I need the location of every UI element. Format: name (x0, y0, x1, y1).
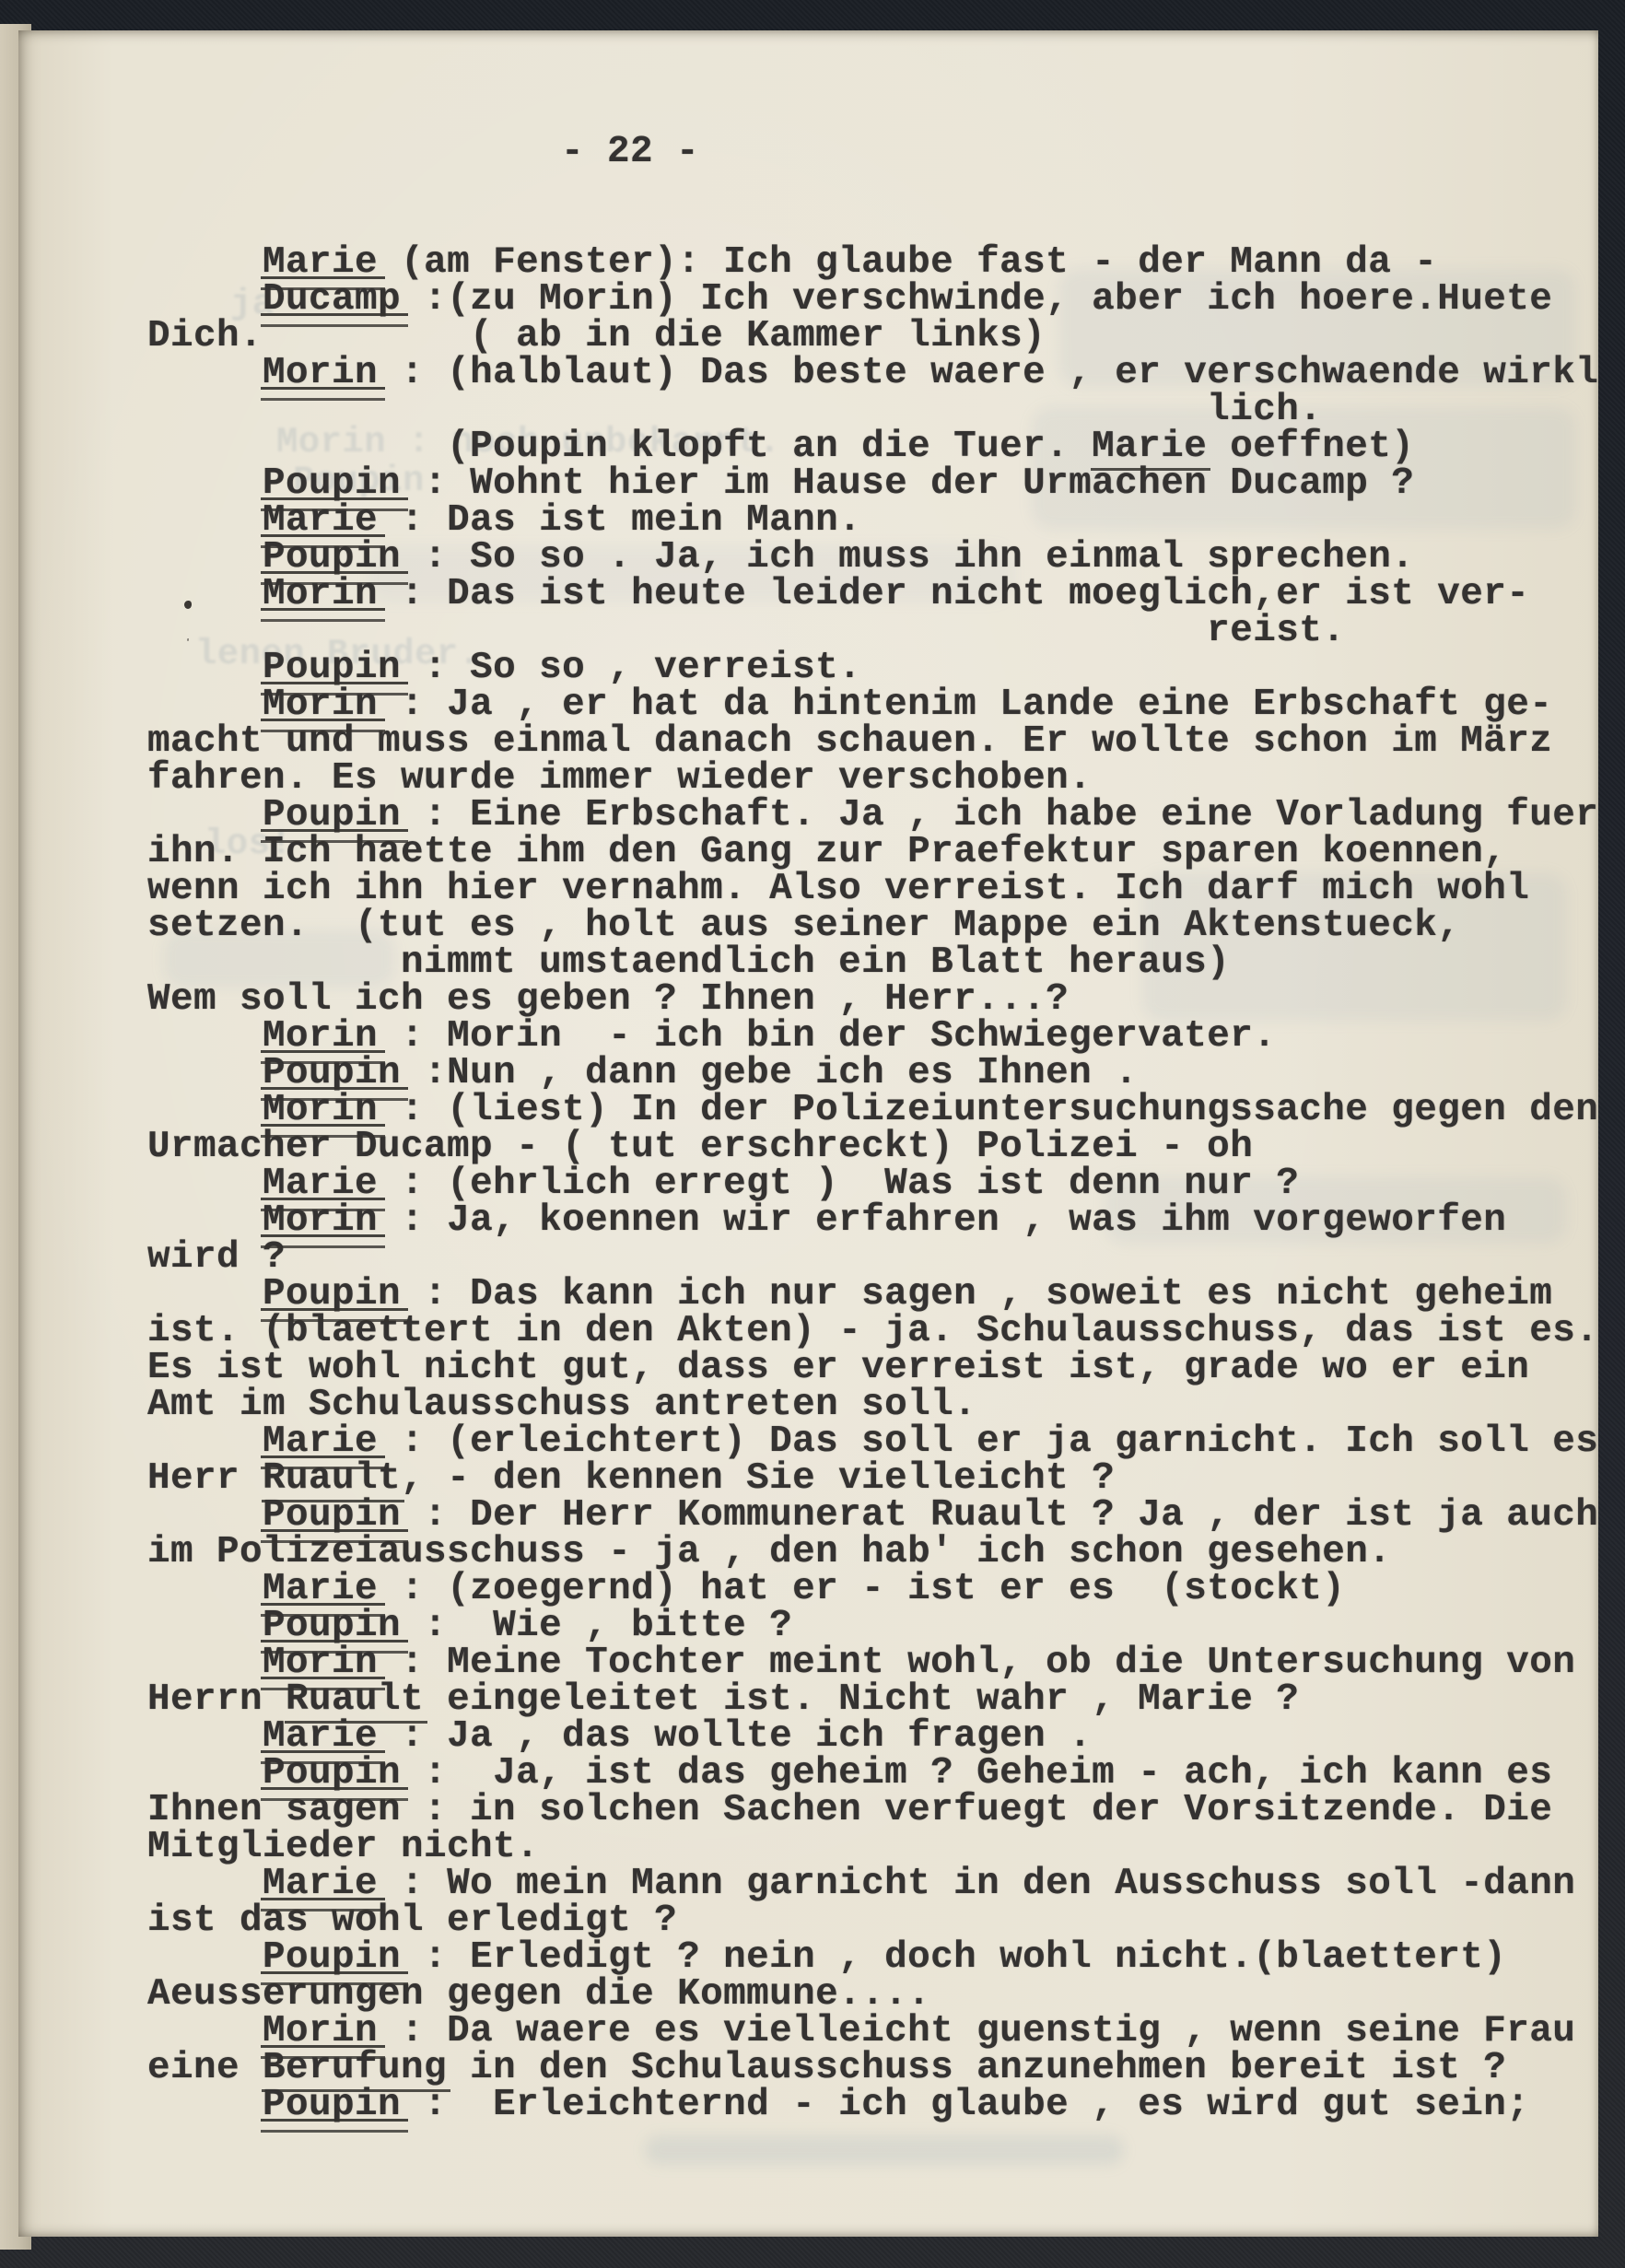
script-line: Morin : (liest) In der Polizeiuntersuchu… (147, 1092, 1598, 1128)
speaker-name: Marie (263, 244, 378, 281)
speaker-name: Marie (263, 1718, 378, 1755)
script-line: Morin : Da waere es vielleicht guenstig … (147, 2013, 1598, 2050)
script-line: Morin : Ja, koennen wir erfahren , was i… (147, 1202, 1598, 1239)
script-line: Amt im Schulausschuss antreten soll. (147, 1386, 1598, 1423)
script-line: Ducamp :(zu Morin) Ich verschwinde, aber… (147, 281, 1598, 318)
speaker-name: Morin (263, 686, 378, 723)
underlined-word: Ruault (263, 1460, 401, 1497)
script-line: Wem soll ich es geben ? Ihnen , Herr...? (147, 981, 1598, 1018)
script-text (147, 2084, 263, 2126)
script-line: Poupin : Wie , bitte ? (147, 1607, 1598, 1644)
script-line: Poupin : So so , verreist. (147, 649, 1598, 686)
script-line: Mitglieder nicht. (147, 1829, 1598, 1865)
speaker-name: Poupin (263, 649, 401, 686)
script-line: Poupin : Das kann ich nur sagen , soweit… (147, 1276, 1598, 1313)
speaker-name: Marie (263, 1423, 378, 1460)
speaker-name: Poupin (263, 797, 401, 834)
speaker-name: Marie (263, 502, 378, 539)
speaker-name: Marie (263, 1165, 378, 1202)
script-line: Es ist wohl nicht gut, dass er verreist … (147, 1350, 1598, 1386)
script-line: Poupin : Erledigt ? nein , doch wohl nic… (147, 1939, 1598, 1976)
script-line: Morin : Das ist heute leider nicht moegl… (147, 576, 1598, 613)
speaker-name: Marie (263, 1865, 378, 1902)
speaker-name: Poupin (263, 465, 401, 502)
script-line: Marie : Wo mein Mann garnicht in den Aus… (147, 1865, 1598, 1902)
script-line: Poupin : Wohnt hier im Hause der Urmache… (147, 465, 1598, 502)
speaker-name: Poupin (263, 2087, 401, 2123)
script-line: Poupin : Eine Erbschaft. Ja , ich habe e… (147, 797, 1598, 834)
script-line: wenn ich ihn hier vernahm. Also verreist… (147, 871, 1598, 907)
script-line: eine Berufung in den Schulausschuss anzu… (147, 2050, 1598, 2087)
script-line: Poupin : Der Herr Kommunerat Ruault ? Ja… (147, 1497, 1598, 1534)
speaker-name: Poupin (263, 1276, 401, 1313)
speaker-name: Morin (263, 1644, 378, 1681)
script-line: Poupin : Erleichternd - ich glaube , es … (147, 2087, 1598, 2123)
speaker-name: Poupin (263, 1055, 401, 1092)
script-line: Marie : (zoegernd) hat er - ist er es (s… (147, 1571, 1598, 1607)
speaker-name: Morin (263, 576, 378, 613)
speaker-name: Marie (263, 1571, 378, 1607)
script-line: Marie : (ehrlich erregt ) Was ist denn n… (147, 1165, 1598, 1202)
script-line: Morin : Morin - ich bin der Schwiegervat… (147, 1018, 1598, 1055)
script-text: : Ja, koennen wir erfahren , was ihm vor… (378, 1199, 1506, 1242)
script-line: fahren. Es wurde immer wieder verschoben… (147, 760, 1598, 797)
typed-lines: Marie (am Fenster): Ich glaube fast - de… (147, 244, 1598, 2123)
speaker-name: Morin (263, 2013, 378, 2050)
scanned-page-photo: jaMorin : noch unbekannt.Poupinlenen Bru… (0, 0, 1625, 2268)
script-line: Marie : Ja , das wollte ich fragen . (147, 1718, 1598, 1755)
speaker-name: Ducamp (263, 281, 401, 318)
script-line: Herrn Ruault eingeleitet ist. Nicht wahr… (147, 1681, 1598, 1718)
speaker-name: Poupin (263, 1755, 401, 1792)
script-line: Marie : Das ist mein Mann. (147, 502, 1598, 539)
script-line: (Poupin klopft an die Tuer. Marie oeffne… (147, 428, 1598, 465)
speaker-name: Morin (263, 1092, 378, 1128)
script-line: Morin : (halblaut) Das beste waere , er … (147, 355, 1598, 392)
script-line: Morin : Ja , er hat da hintenim Lande ei… (147, 686, 1598, 723)
bleed-through-smudge (645, 2135, 1124, 2165)
speaker-name: Poupin (263, 1939, 401, 1976)
page-number: - 22 - (561, 131, 699, 173)
script-text: : Erleichternd - ich glaube , es wird gu… (401, 2084, 1529, 2126)
underlined-word: Marie (1092, 428, 1207, 465)
script-line: Poupin :Nun , dann gebe ich es Ihnen . (147, 1055, 1598, 1092)
underlined-word: Ruault (286, 1681, 424, 1718)
script-line: Poupin : Ja, ist das geheim ? Geheim - a… (147, 1755, 1598, 1792)
speaker-name: Morin (263, 1018, 378, 1055)
underlined-word: Berufung (263, 2050, 447, 2087)
script-line: Marie : (erleichtert) Das soll er ja gar… (147, 1423, 1598, 1460)
script-line: Poupin : So so . Ja, ich muss ihn einmal… (147, 539, 1598, 576)
script-line: Marie (am Fenster): Ich glaube fast - de… (147, 244, 1598, 281)
speaker-name: Poupin (263, 1607, 401, 1644)
speaker-name: Morin (263, 1202, 378, 1239)
script-line: Morin : Meine Tochter meint wohl, ob die… (147, 1644, 1598, 1681)
script-line: setzen. (tut es , holt aus seiner Mappe … (147, 907, 1598, 944)
script-line: nimmt umstaendlich ein Blatt heraus) (147, 944, 1598, 981)
script-line: Herr Ruault, - den kennen Sie vielleicht… (147, 1460, 1598, 1497)
speaker-name: Poupin (263, 1497, 401, 1534)
speaker-name: Poupin (263, 539, 401, 576)
speaker-name: Morin (263, 355, 378, 392)
